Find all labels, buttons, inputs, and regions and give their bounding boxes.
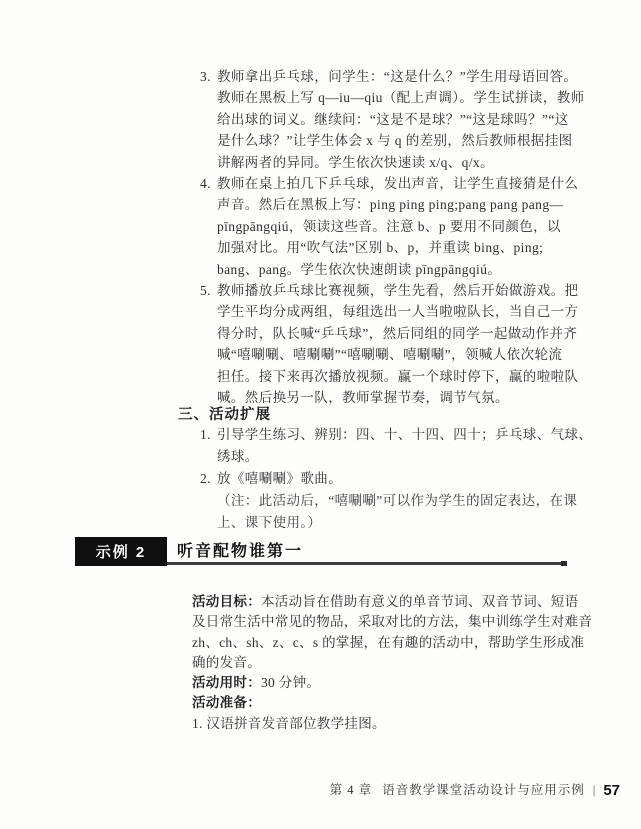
list-item: （注：此活动后，“嘻唰唰”可以作为学生的固定表达，在课上、课下使用。）	[200, 490, 592, 534]
list-item: 4.教师在桌上拍几下乒乓球，发出声音，让学生直接猜是什么声音。然后在黑板上写：p…	[200, 173, 592, 280]
text-line: 教师在黑板上写 q—iu—qiu（配上声调）。学生试拼读，教师	[217, 87, 592, 108]
page-footer: 第 4 章语音教学课堂活动设计与应用示例|57	[0, 780, 620, 800]
text-line: 活动目标：本活动旨在借助有意义的单音节词、双音节词、短语	[192, 592, 590, 612]
item-number: 3.	[200, 66, 211, 87]
footer-divider: |	[593, 782, 596, 798]
text-line: 教师拿出乒乓球，问学生：“这是什么？”学生用母语回答。	[217, 66, 592, 87]
text-line: 得分时，队长喊“乒乓球”，然后同组的同学一起做动作并齐	[217, 323, 592, 344]
text-line: 声音。然后在黑板上写：ping ping ping;pang pang pang…	[217, 194, 592, 215]
chapter-title: 语音教学课堂活动设计与应用示例	[382, 783, 585, 797]
text-line: 活动准备：	[192, 693, 590, 713]
text-line: 引导学生练习、辨别：四、十、十四、四十；乒乓球、气球、	[217, 424, 592, 446]
item-number: 1.	[200, 424, 211, 446]
text-line: 加强对比。用“吹气法”区别 b、p，并重读 bing、ping;	[217, 237, 592, 258]
item-number: 5.	[200, 280, 211, 301]
text-line: 喊“嘻唰唰、嘻唰唰”“嘻唰唰、嘻唰唰”，领喊人依次轮流	[217, 344, 592, 365]
text-line: zh、ch、sh、z、c、s 的掌握，在有趣的活动中，帮助学生形成准	[192, 633, 590, 653]
text-line: 教师播放乒乓球比赛视频，学生先看，然后开始做游戏。把	[217, 280, 592, 301]
numbered-list-activity-steps: 3.教师拿出乒乓球，问学生：“这是什么？”学生用母语回答。教师在黑板上写 q—i…	[200, 66, 592, 409]
text-line: 给出球的词义。继续问：“这是不是球？”“这是球吗？”“这	[217, 109, 592, 130]
numbered-list-expansion: 1.引导学生练习、辨别：四、十、十四、四十；乒乓球、气球、绣球。2.放《嘻唰唰》…	[200, 424, 592, 534]
text-line: 讲解两者的异同。学生依次快速读 x/q、q/x。	[217, 152, 592, 173]
bold-label: 活动用时：	[192, 675, 261, 690]
section-heading-activity-expansion: 三、活动扩展	[178, 403, 271, 424]
bold-label: 活动准备：	[192, 695, 261, 710]
title-rule-divider	[167, 562, 566, 565]
text-line: 活动用时：30 分钟。	[192, 673, 590, 693]
list-item: 5.教师播放乒乓球比赛视频，学生先看，然后开始做游戏。把学生平均分成两组，每组选…	[200, 280, 592, 408]
book-page: 3.教师拿出乒乓球，问学生：“这是什么？”学生用母语回答。教师在黑板上写 q—i…	[0, 0, 641, 829]
text-line: 担任。接下来再次播放视频。赢一个球时停下，赢的啦啦队	[217, 366, 592, 387]
chapter-number: 第 4 章	[330, 783, 373, 797]
item-number: 4.	[200, 173, 211, 194]
list-item: 活动目标：本活动旨在借助有意义的单音节词、双音节词、短语及日常生活中常见的物品，…	[175, 592, 590, 734]
text-line: 是什么球？”让学生体会 x 与 q 的差别，然后教师根据挂图	[217, 130, 592, 151]
list-item: 1.引导学生练习、辨别：四、十、十四、四十；乒乓球、气球、绣球。	[200, 424, 592, 468]
list-item: 3.教师拿出乒乓球，问学生：“这是什么？”学生用母语回答。教师在黑板上写 q—i…	[200, 66, 592, 173]
text-line: 放《嘻唰唰》歌曲。	[217, 468, 592, 490]
text-line: pīngpāngqiú，领读这些音。注意 b、p 要用不同颜色，以	[217, 216, 592, 237]
text-line: bang、pang。学生依次快速朗读 pīngpāngqiú。	[217, 259, 592, 280]
text-line: 确的发音。	[192, 653, 590, 673]
text-line: 学生平均分成两组，每组选出一人当啦啦队长，当自己一方	[217, 301, 592, 322]
text-line: 及日常生活中常见的物品，采取对比的方法，集中训练学生对难音	[192, 612, 590, 632]
text-line: 喊。然后换另一队，教师掌握节奏，调节气氛。	[217, 387, 592, 408]
text-line: 1. 汉语拼音发音部位教学挂图。	[192, 714, 590, 734]
text-line: 绣球。	[217, 446, 592, 468]
example-badge: 示例 2	[75, 537, 167, 566]
page-number: 57	[603, 782, 620, 799]
list-item: 2.放《嘻唰唰》歌曲。	[200, 468, 592, 490]
text-line: （注：此活动后，“嘻唰唰”可以作为学生的固定表达，在课	[217, 490, 592, 512]
activity-goal-block: 活动目标：本活动旨在借助有意义的单音节词、双音节词、短语及日常生活中常见的物品，…	[175, 592, 590, 734]
item-number: 2.	[200, 468, 211, 490]
text-line: 上、课下使用。）	[217, 512, 592, 534]
text-line: 教师在桌上拍几下乒乓球，发出声音，让学生直接猜是什么	[217, 173, 592, 194]
bold-label: 活动目标：	[192, 594, 261, 609]
